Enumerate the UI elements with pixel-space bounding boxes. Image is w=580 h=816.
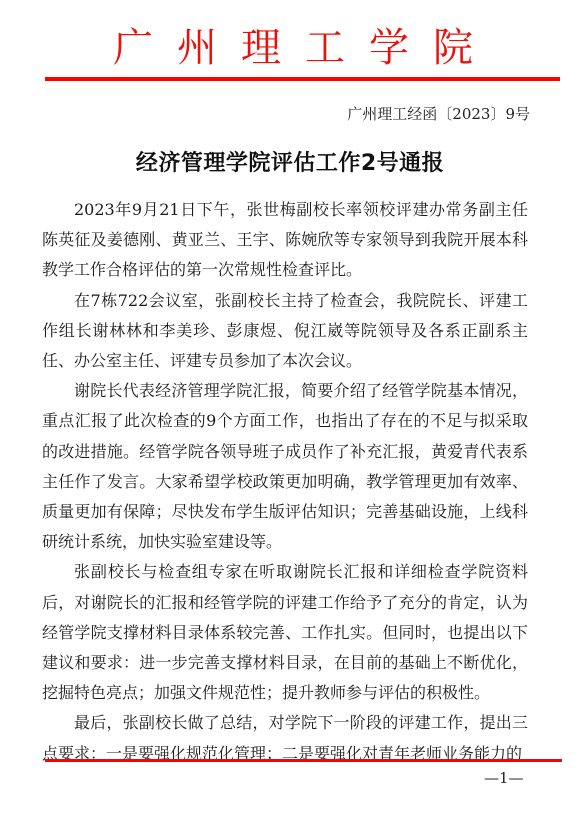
masthead-char: 广 xyxy=(113,24,153,72)
document-number: 广州理工经函〔2023〕9号 xyxy=(347,103,530,124)
paragraph: 张副校长与检查组专家在听取谢院长汇报和详细检查学院资料后，对谢院长的汇报和经管学… xyxy=(42,557,528,708)
masthead-char: 理 xyxy=(241,24,281,72)
masthead-char: 院 xyxy=(433,24,473,72)
masthead-char: 州 xyxy=(177,24,217,72)
footer-red-rule xyxy=(45,759,562,762)
header-red-rule xyxy=(45,77,560,81)
institution-masthead: 广 州 理 工 学 院 xyxy=(113,24,473,72)
document-title: 经济管理学院评估工作2号通报 xyxy=(0,146,580,177)
paragraph: 谢院长代表经济管理学院汇报，简要介绍了经管学院基本情况，重点汇报了此次检查的9个… xyxy=(42,376,528,557)
paragraph: 2023年9月21日下午，张世梅副校长率领校评建办常务副主任陈英征及姜德刚、黄亚… xyxy=(42,195,528,286)
page-number: —1— xyxy=(484,769,524,787)
document-body: 2023年9月21日下午，张世梅副校长率领校评建办常务副主任陈英征及姜德刚、黄亚… xyxy=(42,195,528,769)
masthead-char: 学 xyxy=(369,24,409,72)
paragraph: 在7栋722会议室，张副校长主持了检查会，我院院长、评建工作组长谢林林和李美珍、… xyxy=(42,286,528,377)
masthead-char: 工 xyxy=(305,24,345,72)
